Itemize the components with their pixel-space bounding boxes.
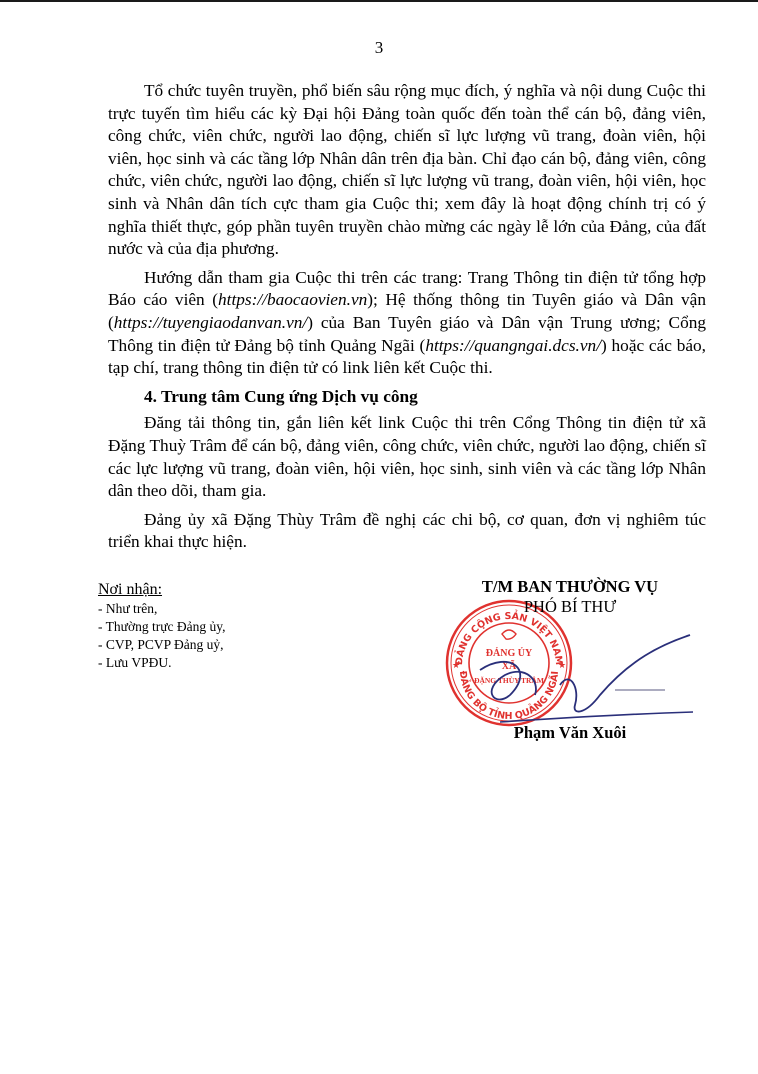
recipient-item: - CVP, PCVP Đảng uỷ, — [98, 636, 226, 654]
signer-role-line1: T/M BAN THƯỜNG VỤ — [440, 577, 700, 597]
handwritten-signature-icon — [440, 610, 720, 740]
recipient-item: - Thường trực Đảng ủy, — [98, 618, 226, 636]
paragraph-propaganda: Tổ chức tuyên truyền, phổ biến sâu rộng … — [108, 80, 706, 261]
recipients-title: Nơi nhận: — [98, 580, 226, 600]
section-heading-4: 4. Trung tâm Cung ứng Dịch vụ công — [108, 386, 706, 409]
recipient-item: - Như trên, — [98, 600, 226, 618]
recipient-item: - Lưu VPĐU. — [98, 654, 226, 672]
link-baocaovien[interactable]: https://baocaovien.vn — [218, 290, 367, 309]
signer-name: Phạm Văn Xuôi — [440, 723, 700, 743]
link-tuyengiaodanvan[interactable]: https://tuyengiaodanvan.vn/ — [114, 313, 307, 332]
signer-role-line2: PHÓ BÍ THƯ — [440, 597, 700, 617]
page-number: 3 — [0, 38, 758, 58]
paragraph-public-service-center: Đăng tải thông tin, gắn liên kết link Cu… — [108, 412, 706, 502]
page-top-border — [0, 0, 758, 2]
document-body: Tổ chức tuyên truyền, phổ biến sâu rộng … — [108, 80, 706, 560]
paragraph-participation-guide: Hướng dẫn tham gia Cuộc thi trên các tra… — [108, 267, 706, 380]
recipients-block: Nơi nhận: - Như trên, - Thường trực Đảng… — [98, 580, 226, 672]
link-quangngai-dcs[interactable]: https://quangngai.dcs.vn/ — [425, 336, 601, 355]
paragraph-closing: Đảng ủy xã Đặng Thùy Trâm đề nghị các ch… — [108, 509, 706, 554]
signature-block: T/M BAN THƯỜNG VỤ PHÓ BÍ THƯ Phạm Văn Xu… — [440, 577, 700, 617]
